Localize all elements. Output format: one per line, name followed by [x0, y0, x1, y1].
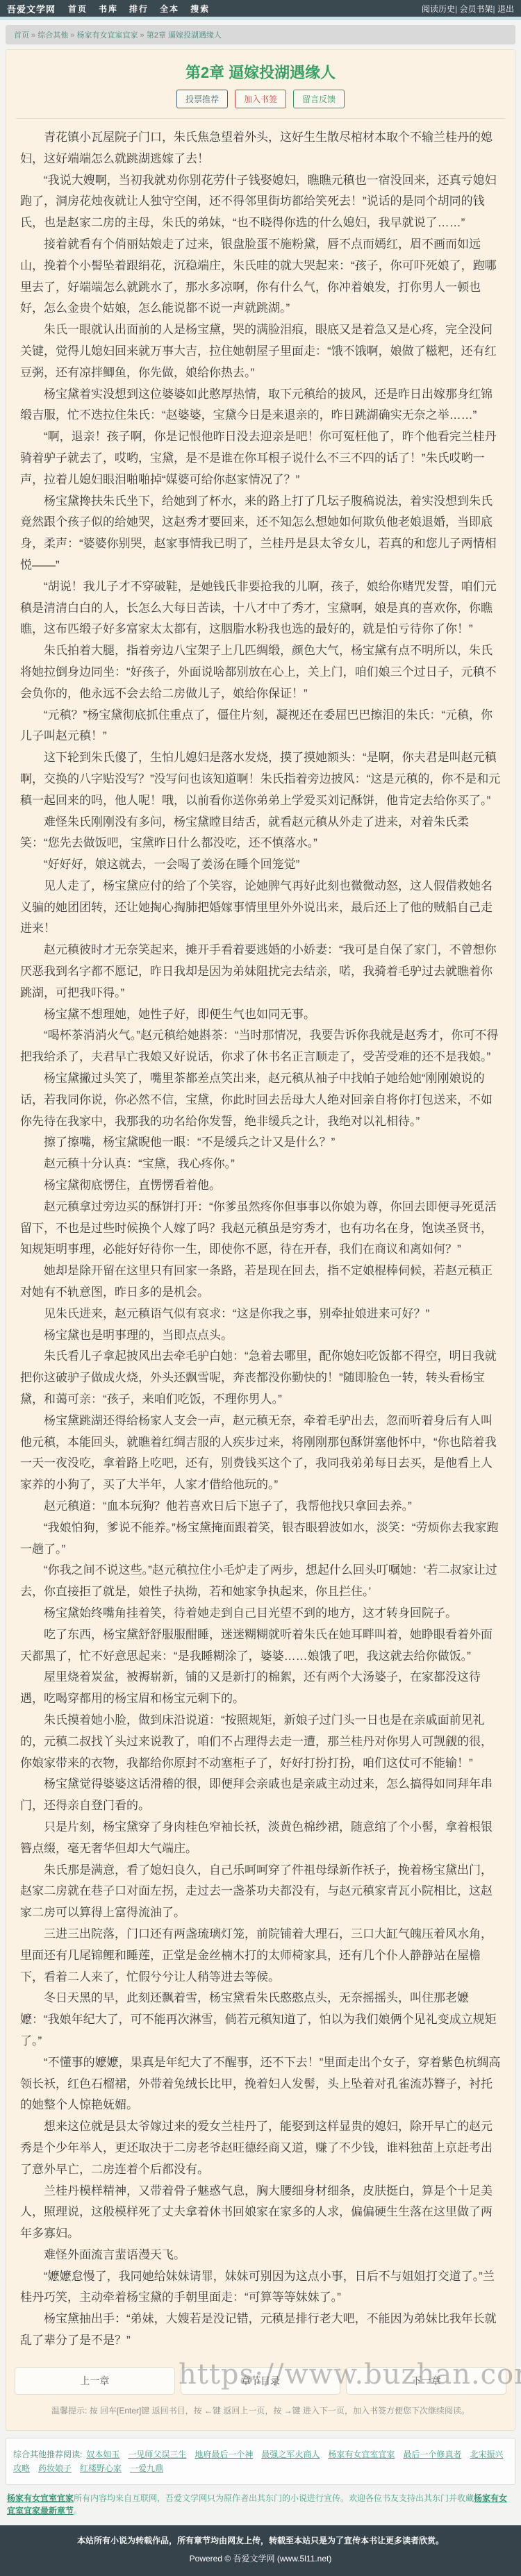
paragraph: 擦了擦嘴，杨宝黛睨他一眼：“不是缓兵之计又是什么？”	[20, 1132, 501, 1154]
paragraph: 赵元稹十分认真：“宝黛，我心疼你。”	[20, 1154, 501, 1175]
paragraph: 见朱氏进来，赵元稹语气似有哀求：“这是你我之事，别牵扯娘进来可好？”	[20, 1304, 501, 1325]
paragraph: 赵元稹拿过旁边买的酥饼打开：“你爹虽然疼你但事事以你娘为尊，你回去即便寻死觅活留…	[20, 1197, 501, 1261]
paragraph: 杨宝黛搀扶朱氏坐下，给她到了杯水，来的路上打了几坛子腹稿说法，着实没想到朱氏竟然…	[20, 491, 501, 576]
nav-menu-item[interactable]: 全本	[160, 3, 179, 15]
breadcrumb-item[interactable]: 首页	[14, 31, 29, 40]
recommend-link[interactable]: 红楼野心家	[80, 2463, 122, 2473]
paragraph: “胡说！我儿子才不穿破鞋，是她钱氏非要抢我的儿啊，孩子，娘给你赌咒发誓，咱们元稹…	[20, 576, 501, 640]
recommend-label: 综合其他推荐阅读:	[13, 2450, 82, 2459]
notice-text: 所有内容均来自互联网，吾爱文学网只为原作者出其东门的小说进行宣传。欢迎各位书友支…	[74, 2493, 474, 2503]
paragraph: 三进三出院落，门口还有两盏琉璃灯笼，前院铺着大理石，三口大缸气魄压着风水角，里面…	[20, 1924, 501, 1988]
paragraph: “我说大嫂啊，当初我就劝你别花劳什子钱娶媳妇，瞧瞧元稹也一宿没回来，还真亏媳妇跑…	[20, 170, 501, 234]
recommend-link[interactable]: 地府最后一个神	[195, 2450, 253, 2459]
paragraph: 杨宝黛不想理她，她性子好，即便生气也如同无事。	[20, 1004, 501, 1026]
paragraph: “你我之间不说这些。”赵元稹拉住小毛炉走了两步，想起什么回头叮嘱她：‘若二叔家让…	[20, 1560, 501, 1603]
chapter-content: 青花镇小瓦屋院子门口，朱氏焦急望着外头，这好生生散尽棺材本取个不输兰桂丹的媳妇，…	[6, 119, 515, 2356]
paragraph: 朱氏拍着大腿，指着旁边八宝架子上几匹绸缎，颜色大气，杨宝黛有点不明所以，朱氏将她…	[20, 640, 501, 704]
keyboard-tip: 温馨提示: 按 回车[Enter]键 返回书目，按 ←键 返回上一页，按 →键 …	[15, 2395, 506, 2423]
paragraph: 朱氏一眼就认出面前的人是杨宝黛，哭的满脸泪痕，眼底又是着急又是心疼，完全没问关键…	[20, 319, 501, 383]
paragraph: 只是片刻，杨宝黛穿了身肉桂色窄袖长袄，淡黄色棉纱裙，随意绾了个小髻，拿着根银簪点…	[20, 1817, 501, 1860]
chapter-box: 第2章 逼嫁投湖遇缘人 投票推荐 加入书签 留言反馈 青花镇小瓦屋院子门口，朱氏…	[6, 49, 515, 2431]
recommend-link[interactable]: 奴本如玉	[86, 2450, 119, 2459]
prev-chapter-button[interactable]: 上一章	[15, 2367, 175, 2395]
paragraph: 杨宝黛着实没想到这位婆婆如此憨厚热情，取下元稹给的披风，还是昨日出嫁那身红锦缎吉…	[20, 384, 501, 427]
nav-menu-item[interactable]: 排行	[129, 3, 149, 15]
vote-button[interactable]: 投票推荐	[176, 90, 228, 108]
notice-tail: 。	[74, 2506, 82, 2516]
paragraph: “啊，退亲！孩子啊，你是记恨他昨日没去迎亲是吧！你可冤枉他了，昨个他看完兰桂丹骑…	[20, 426, 501, 490]
recommend-link[interactable]: 最后一个修真者	[403, 2450, 461, 2459]
paragraph: 青花镇小瓦屋院子门口，朱氏焦急望着外头，这好生生散尽棺材本取个不输兰桂丹的媳妇，…	[20, 127, 501, 170]
paragraph: 吃了东西，杨宝黛舒舒服服酣睡，迷迷糊糊就听着朱氏在她耳畔叫着，她睁眼看着外面天都…	[20, 1624, 501, 1668]
recommend-link[interactable]: 杨家有女宜室宜家	[328, 2450, 395, 2459]
accent-strip	[0, 17, 521, 20]
paragraph: 杨宝黛彻底愣住，直愣愣看着他。	[20, 1175, 501, 1197]
paragraph: 她却是除开留在这里只有回家一条路，若是现在回去，指不定娘棍棒伺候，若赵元稹正对她…	[20, 1261, 501, 1304]
paragraph: 朱氏那是满意，看了媳妇良久，自己乐呵呵穿了件祖母绿新作袄子，挽着杨宝黛出门，赵家…	[20, 1860, 501, 1924]
user-link[interactable]: 退出	[493, 3, 514, 15]
paragraph: 这下轮到朱氏傻了，生怕儿媳妇是落水发烧，摸了摸她额头：“是啊，你夫君是叫赵元稹啊…	[20, 747, 501, 811]
breadcrumb: 首页综合其他杨家有女宜室宜家第2章 逼嫁投湖遇缘人	[6, 25, 515, 44]
chapter-actions: 投票推荐 加入书签 留言反馈	[16, 90, 505, 119]
recommend-link[interactable]: 药妆娘子	[38, 2463, 72, 2473]
next-chapter-button[interactable]: 下一章	[346, 2367, 506, 2395]
nav-menu-item[interactable]: 书库	[99, 3, 118, 15]
paragraph: 杨宝黛撇过头笑了，嘴里茶都差点笑出来，赵元稹从袖子中找帕子她给她“刚刚娘说的话，…	[20, 1068, 501, 1132]
paragraph: 杨宝黛始终嘴角挂着笑，待着她走到自己目光望不到的地方，这才转身回院子。	[20, 1603, 501, 1624]
paragraph: “元稹？”杨宝黛彻底抓住重点了，僵住片刻，凝视还在委屈巴巴擦泪的朱氏：“元稹，你…	[20, 705, 501, 748]
site-footer: 本站所有小说为转载作品，所有章节均由网友上传，转载至本站只是为了宣传本书让更多读…	[0, 2525, 521, 2576]
breadcrumb-item[interactable]: 杨家有女宜室宜家	[68, 31, 138, 40]
paragraph: 接着就看有个俏丽姑娘走了过来，银盘脸蛋不施粉黛，唇不点而嫣红，眉不画而如远山，挽…	[20, 234, 501, 319]
toc-button[interactable]: 章节目录	[181, 2367, 341, 2395]
paragraph: “不懂事的嬷嬷，果真是年纪大了不醒事，还不下去！”里面走出个女子，穿着紫色杭绸高…	[20, 2052, 501, 2116]
feedback-button[interactable]: 留言反馈	[293, 90, 345, 108]
nav-menu-item[interactable]: 首页	[68, 3, 88, 15]
paragraph: “好好好，娘这就去，一会喝了姜汤在睡个回笼觉”	[20, 854, 501, 876]
paragraph: 杨宝黛也是明事理的，当即点点头。	[20, 1325, 501, 1347]
paragraph: 杨宝黛跳湖还得给杨家人支会一声，赵元稹无奈，牵着毛驴出去，忽而听着身后有人叫他元…	[20, 1411, 501, 1496]
recommend-link[interactable]: 一爱九鼎	[130, 2463, 163, 2473]
paragraph: 朱氏摸着她小脸，做到床沿说道：“按照规矩，新娘子过门头一日也是在亲戚面前见礼的，…	[20, 1710, 501, 1774]
paragraph: 难怪朱氏刚刚没有多问，杨宝黛瞠目结舌，就看赵元稹从外走了进来，对着朱氏柔笑：“您…	[20, 812, 501, 855]
paragraph: 朱氏看儿子拿起披风出去牵毛驴白她：“急着去哪里，配你媳妇吃饭都不得空，明日我就把…	[20, 1346, 501, 1410]
site-logo[interactable]: 吾爱文学网	[7, 2, 56, 15]
recommend-links: 奴本如玉一见师父误三生地府最后一个神最强之军火商人杨家有女宜室宜家最后一个修真者…	[13, 2450, 503, 2473]
nav-menu-item[interactable]: 搜索	[190, 3, 210, 15]
copyright-notice: 杨家有女宜室宜家所有内容均来自互联网，吾爱文学网只为原作者出其东门的小说进行宣传…	[7, 2492, 514, 2517]
chapter-title: 第2章 逼嫁投湖遇缘人	[6, 50, 515, 90]
top-navbar: 吾爱文学网 首页书库排行全本搜索 阅读历史会员书架退出	[0, 0, 521, 17]
paragraph: 见人走了，杨宝黛应付的给了个笑容，论她脾气再好此刻也微微动怒，这人假借救她名义骗…	[20, 876, 501, 940]
recommend-link[interactable]: 一见师父误三生	[128, 2450, 186, 2459]
breadcrumb-item[interactable]: 综合其他	[29, 31, 68, 40]
paragraph: 难怪外面流言蜚语漫天飞。	[20, 2245, 501, 2266]
footer-disclaimer: 本站所有小说为转载作品，所有章节均由网友上传，转载至本站只是为了宣传本书让更多读…	[0, 2534, 521, 2546]
paragraph: 兰桂丹模样精神，又带着骨子魅惑气息，胸大腰细身材细条，皮肤挺白，算是个十足美人，…	[20, 2181, 501, 2245]
paragraph: 屋里烧着炭盆，被褥崭新，铺的又是新打的棉絮，还有两个大汤婆子，在家都没这待遇，吃…	[20, 1667, 501, 1710]
nav-menu: 首页书库排行全本搜索	[68, 3, 210, 15]
paragraph: “喝杯茶消消火气。”赵元稹给她斟茶：“当时那情况，我要告诉你我就是赵秀才，你可不…	[20, 1025, 501, 1068]
pager-area: https://www.buzhan.com/ishop4762 上一章 章节目…	[6, 2356, 515, 2425]
paragraph: 冬日天黑的早，此刻还飘着雪，杨宝黛看朱氏憨憨点头，无奈摇摇头，叫住那老嬷嬷：“我…	[20, 1988, 501, 2052]
bookmark-button[interactable]: 加入书签	[235, 90, 286, 108]
paragraph: 杨宝黛觉得婆婆这话滑稽的很，即便拜会亲戚也是亲戚主动过来，怎么搞得如同拜年串门，…	[20, 1774, 501, 1817]
pager: 上一章 章节目录 下一章	[15, 2367, 506, 2395]
recommend-box: 综合其他推荐阅读:奴本如玉一见师父误三生地府最后一个神最强之军火商人杨家有女宜室…	[6, 2438, 515, 2485]
recommend-link[interactable]: 最强之军火商人	[261, 2450, 320, 2459]
paragraph: “我娘怕狗，爹说不能养。”杨宝黛掩面跟着笑，银杏眼碧波如水，淡笑：“劳烦你去我家…	[20, 1518, 501, 1561]
user-link[interactable]: 阅读历史	[422, 3, 455, 15]
paragraph: 赵元稹道：“血本玩狗？他若喜欢日后下崽子了，我帮他找只拿回去养。”	[20, 1496, 501, 1518]
breadcrumb-item[interactable]: 第2章 逼嫁投湖遇缘人	[138, 31, 221, 40]
book-title-link[interactable]: 杨家有女宜室宜家	[7, 2493, 74, 2503]
user-link[interactable]: 会员书架	[455, 3, 493, 15]
footer-powered-by: Powered © 吾爱文学网 (www.5l11.net)	[0, 2552, 521, 2564]
paragraph: 想来这位就是县太爷嫁过来的爱女兰桂丹了，能娶到这样显贵的媳妇，除开早亡的赵元秀是…	[20, 2116, 501, 2180]
paragraph: 杨宝黛抽出手：“弟妹，大嫂若是没记错，元稹是排行老大吧，不能因为弟妹比我年长就乱…	[20, 2309, 501, 2352]
paragraph: 赵元稹彼时才无奈笑起来，摊开手看着要逃婚的小娇妻：“我可是自保了家门，不曾想你厌…	[20, 940, 501, 1004]
paragraph: “嬷嬷怠慢了，我同她给妹妹请罪，妹妹可别因为这点小事，日后不与姐姐打交道了。”兰…	[20, 2266, 501, 2309]
user-links: 阅读历史会员书架退出	[422, 3, 514, 15]
